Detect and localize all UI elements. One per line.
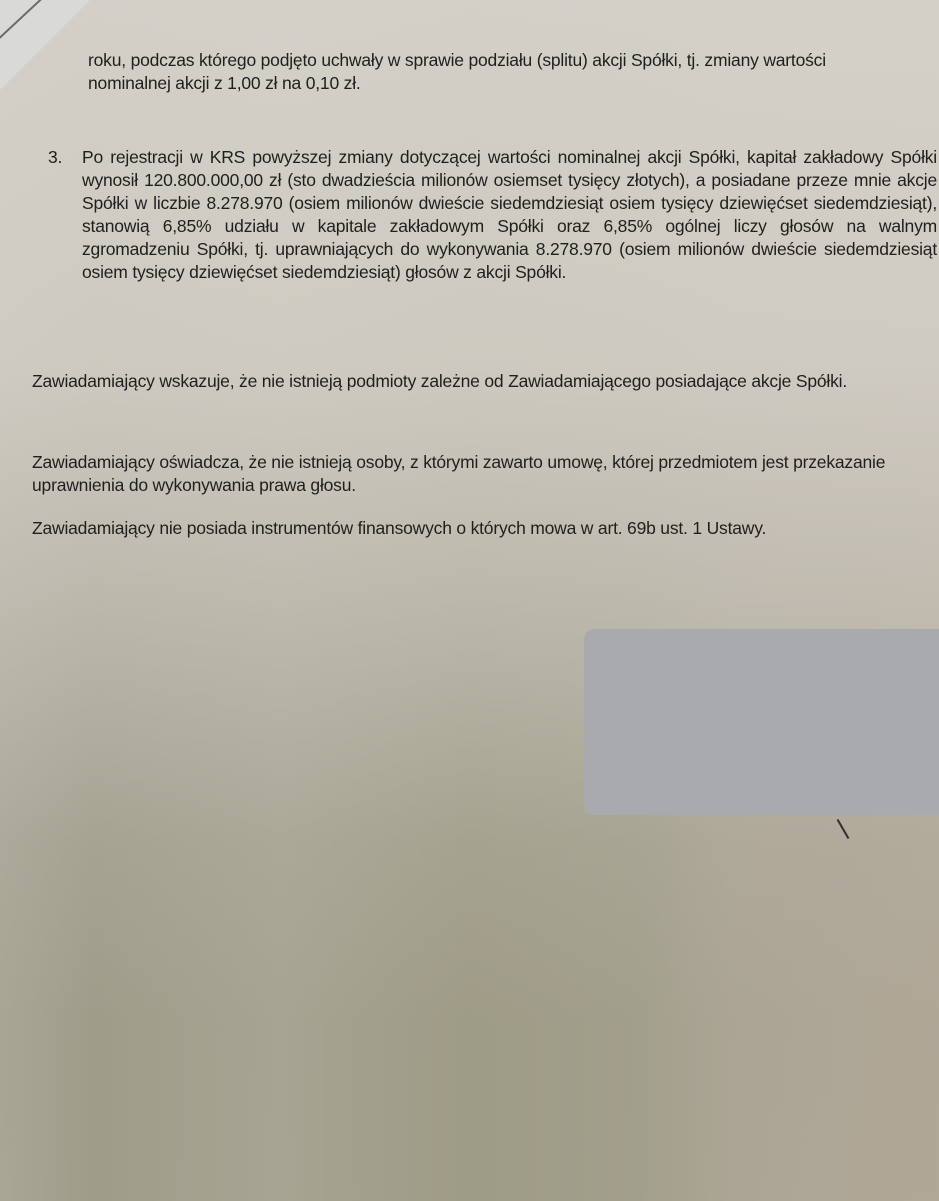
item-number: 3. xyxy=(48,146,62,169)
paragraph-voting-agreements: Zawiadamiający oświadcza, że nie istniej… xyxy=(32,451,937,497)
intro-line-1: roku, podczas którego podjęto uchwały w … xyxy=(88,49,918,72)
numbered-item-3: 3. Po rejestracji w KRS powyższej zmiany… xyxy=(48,146,938,284)
intro-line-2: nominalnej akcji z 1,00 zł na 0,10 zł. xyxy=(88,72,918,95)
intro-paragraph: roku, podczas którego podjęto uchwały w … xyxy=(88,49,918,95)
item-3-text: Po rejestracji w KRS powyższej zmiany do… xyxy=(82,146,937,284)
paragraph-subsidiaries: Zawiadamiający wskazuje, że nie istnieją… xyxy=(32,370,932,393)
background-surface xyxy=(0,0,90,90)
paragraph-financial-instruments: Zawiadamiający nie posiada instrumentów … xyxy=(32,517,937,540)
redaction-box xyxy=(584,629,939,815)
